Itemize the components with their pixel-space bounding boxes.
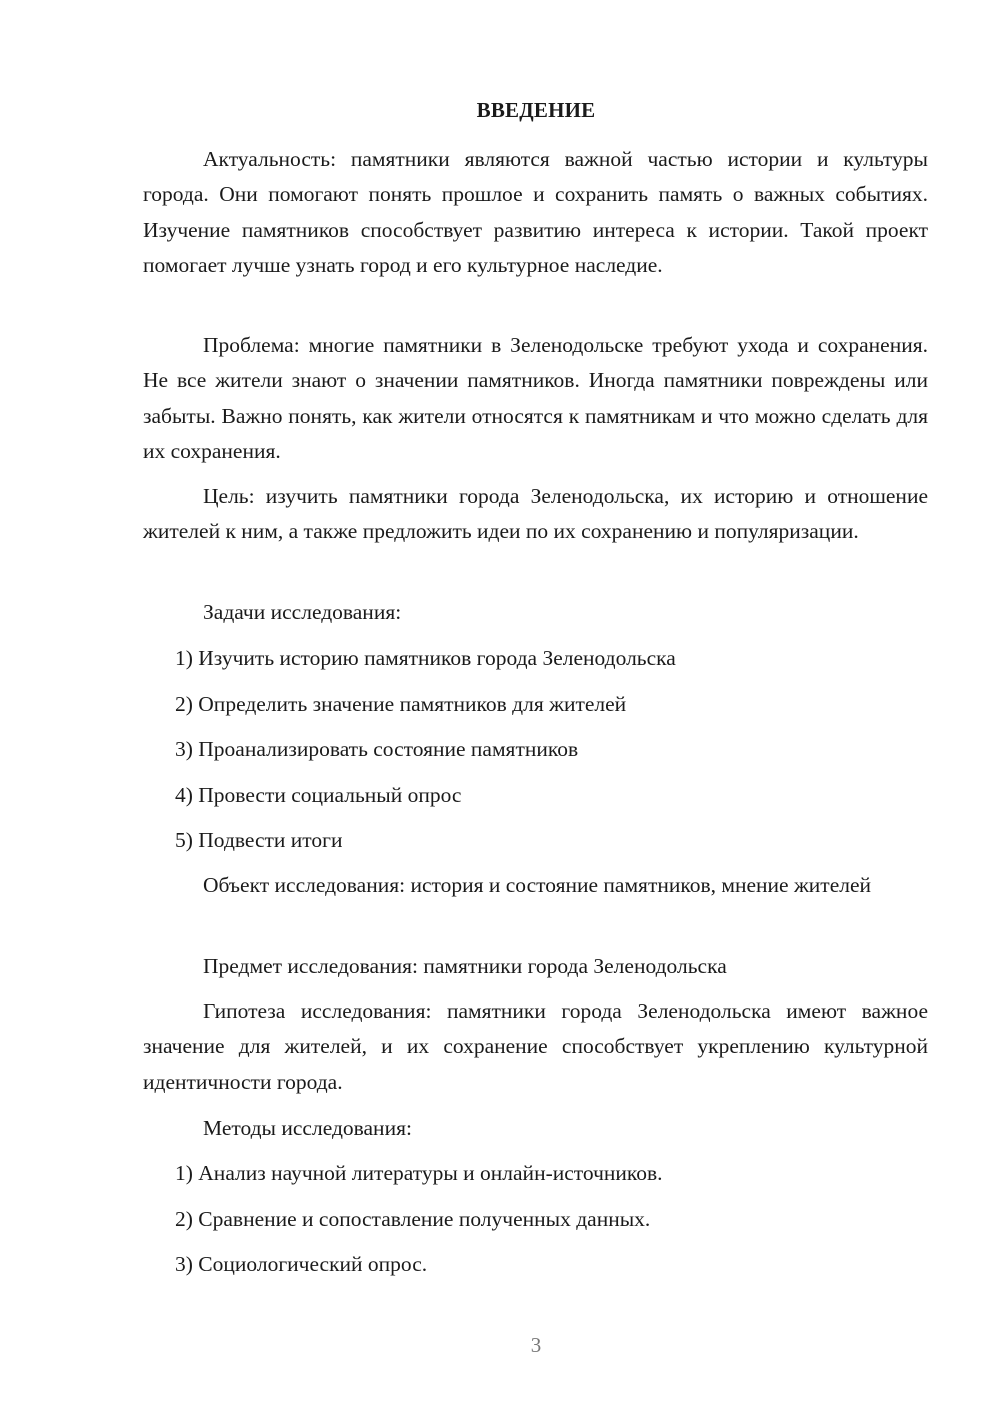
relevance-paragraph: Актуальность: памятники являются важной … <box>143 142 928 283</box>
tasks-heading: Задачи исследования: <box>203 597 401 627</box>
task-item: 5) Подвести итоги <box>175 825 343 855</box>
hypothesis-paragraph: Гипотеза исследования: памятники города … <box>143 994 928 1100</box>
section-title: ВВЕДЕНИЕ <box>0 98 1000 123</box>
problem-paragraph: Проблема: многие памятники в Зеленодольс… <box>143 328 928 469</box>
methods-heading: Методы исследования: <box>203 1113 412 1143</box>
method-item: 1) Анализ научной литературы и онлайн-ис… <box>175 1158 663 1188</box>
subject-paragraph: Предмет исследования: памятники города З… <box>203 951 727 981</box>
page-number: 3 <box>0 1333 1000 1358</box>
task-item: 2) Определить значение памятников для жи… <box>175 689 626 719</box>
method-item: 2) Сравнение и сопоставление полученных … <box>175 1204 650 1234</box>
goal-paragraph: Цель: изучить памятники города Зеленодол… <box>143 479 928 550</box>
task-item: 4) Провести социальный опрос <box>175 780 461 810</box>
method-item: 3) Социологический опрос. <box>175 1249 427 1279</box>
document-page: ВВЕДЕНИЕ Актуальность: памятники являютс… <box>0 0 1000 1414</box>
object-paragraph: Объект исследования: история и состояние… <box>143 868 928 903</box>
task-item: 3) Проанализировать состояние памятников <box>175 734 578 764</box>
task-item: 1) Изучить историю памятников города Зел… <box>175 643 676 673</box>
